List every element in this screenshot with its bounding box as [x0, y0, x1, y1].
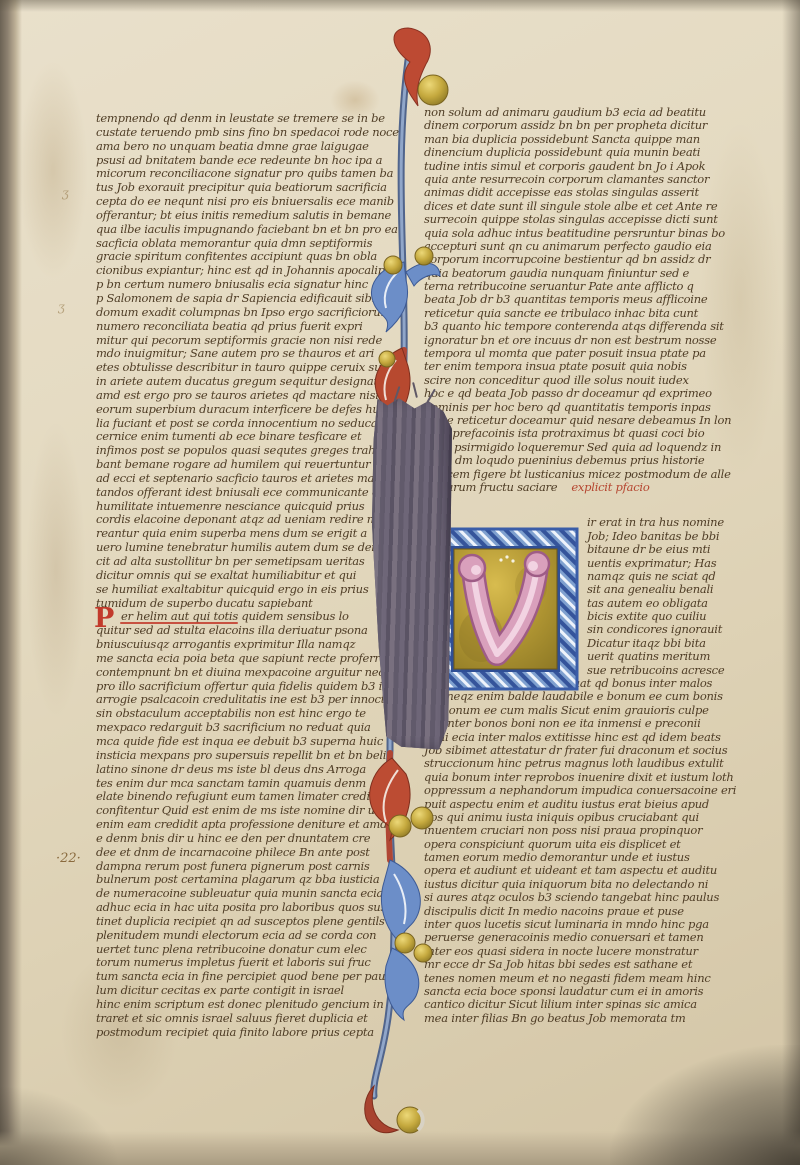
manuscript-text-line: sin condicores ignorauit: [587, 623, 748, 636]
explicit-red-rubric: explicit pfacio: [571, 480, 649, 494]
red-leaf-icon: [365, 1086, 398, 1133]
bottom-right-corner-shadow: [610, 1045, 800, 1165]
margin-mark: ʒ: [58, 300, 65, 314]
gold-bezant-icon: [395, 933, 415, 953]
manuscript-text-line: uerit quatins meritum: [587, 650, 748, 663]
manuscript-text-line: uentis exprimatur; Has: [587, 557, 748, 570]
gold-bezant-icon: [415, 247, 433, 265]
blue-leaf-icon: [406, 263, 440, 286]
white-dot-ornament: [499, 558, 502, 561]
white-dot-ornament: [511, 559, 514, 562]
folio-number: ·22·: [56, 851, 81, 866]
page-right-edge-shadow: [782, 0, 800, 1165]
bottom-left-corner-shadow: [0, 1085, 120, 1165]
gold-bezant-icon: [418, 75, 448, 105]
manuscript-text-line: tas autem eo obligata: [587, 597, 748, 610]
letter-V-right-curl-highlight: [528, 561, 538, 571]
manuscript-text-line: bitaune dr be eius mti: [587, 543, 748, 556]
illuminated-initial-V: [431, 526, 580, 692]
blue-leaf-icon: [381, 860, 420, 946]
manuscript-text-line: sit ana genealiu benali: [587, 583, 748, 596]
manuscript-text-line: sue retribucoins acresce: [587, 664, 748, 677]
gold-bezant-icon: [389, 815, 411, 837]
white-dot-ornament: [505, 555, 508, 558]
manuscript-text-line: namqz quis ne sciat qd: [587, 570, 748, 583]
gold-bezant-icon: [379, 351, 395, 367]
gold-bezant-icon: [384, 256, 402, 274]
page-left-edge-shadow: [0, 0, 22, 1165]
page-top-edge-shadow: [0, 0, 800, 12]
right-column-narrow-lines: ir erat in tra hus nomineJob; Ideo banit…: [587, 516, 748, 677]
manuscript-text-line: Dicatur itaqz bbi bita: [587, 637, 748, 650]
margin-mark: ʒ: [62, 186, 69, 200]
gold-bezant-icon: [411, 807, 433, 829]
manuscript-page-photo: tempnendo qd denm in leustate se tremere…: [0, 0, 800, 1165]
letter-V-left-curl-highlight: [471, 565, 481, 575]
manuscript-text-line: Job; Ideo banitas be bbi: [587, 530, 748, 543]
parchment-stain: [18, 60, 88, 280]
parchment-stain: [26, 420, 86, 720]
gold-bezant-icon: [414, 944, 432, 962]
manuscript-text-line: ir erat in tra hus nomine: [587, 516, 748, 529]
manuscript-text-line: bicis extite quo cuiliu: [587, 610, 748, 623]
rubric-initial-P: P: [94, 605, 114, 632]
